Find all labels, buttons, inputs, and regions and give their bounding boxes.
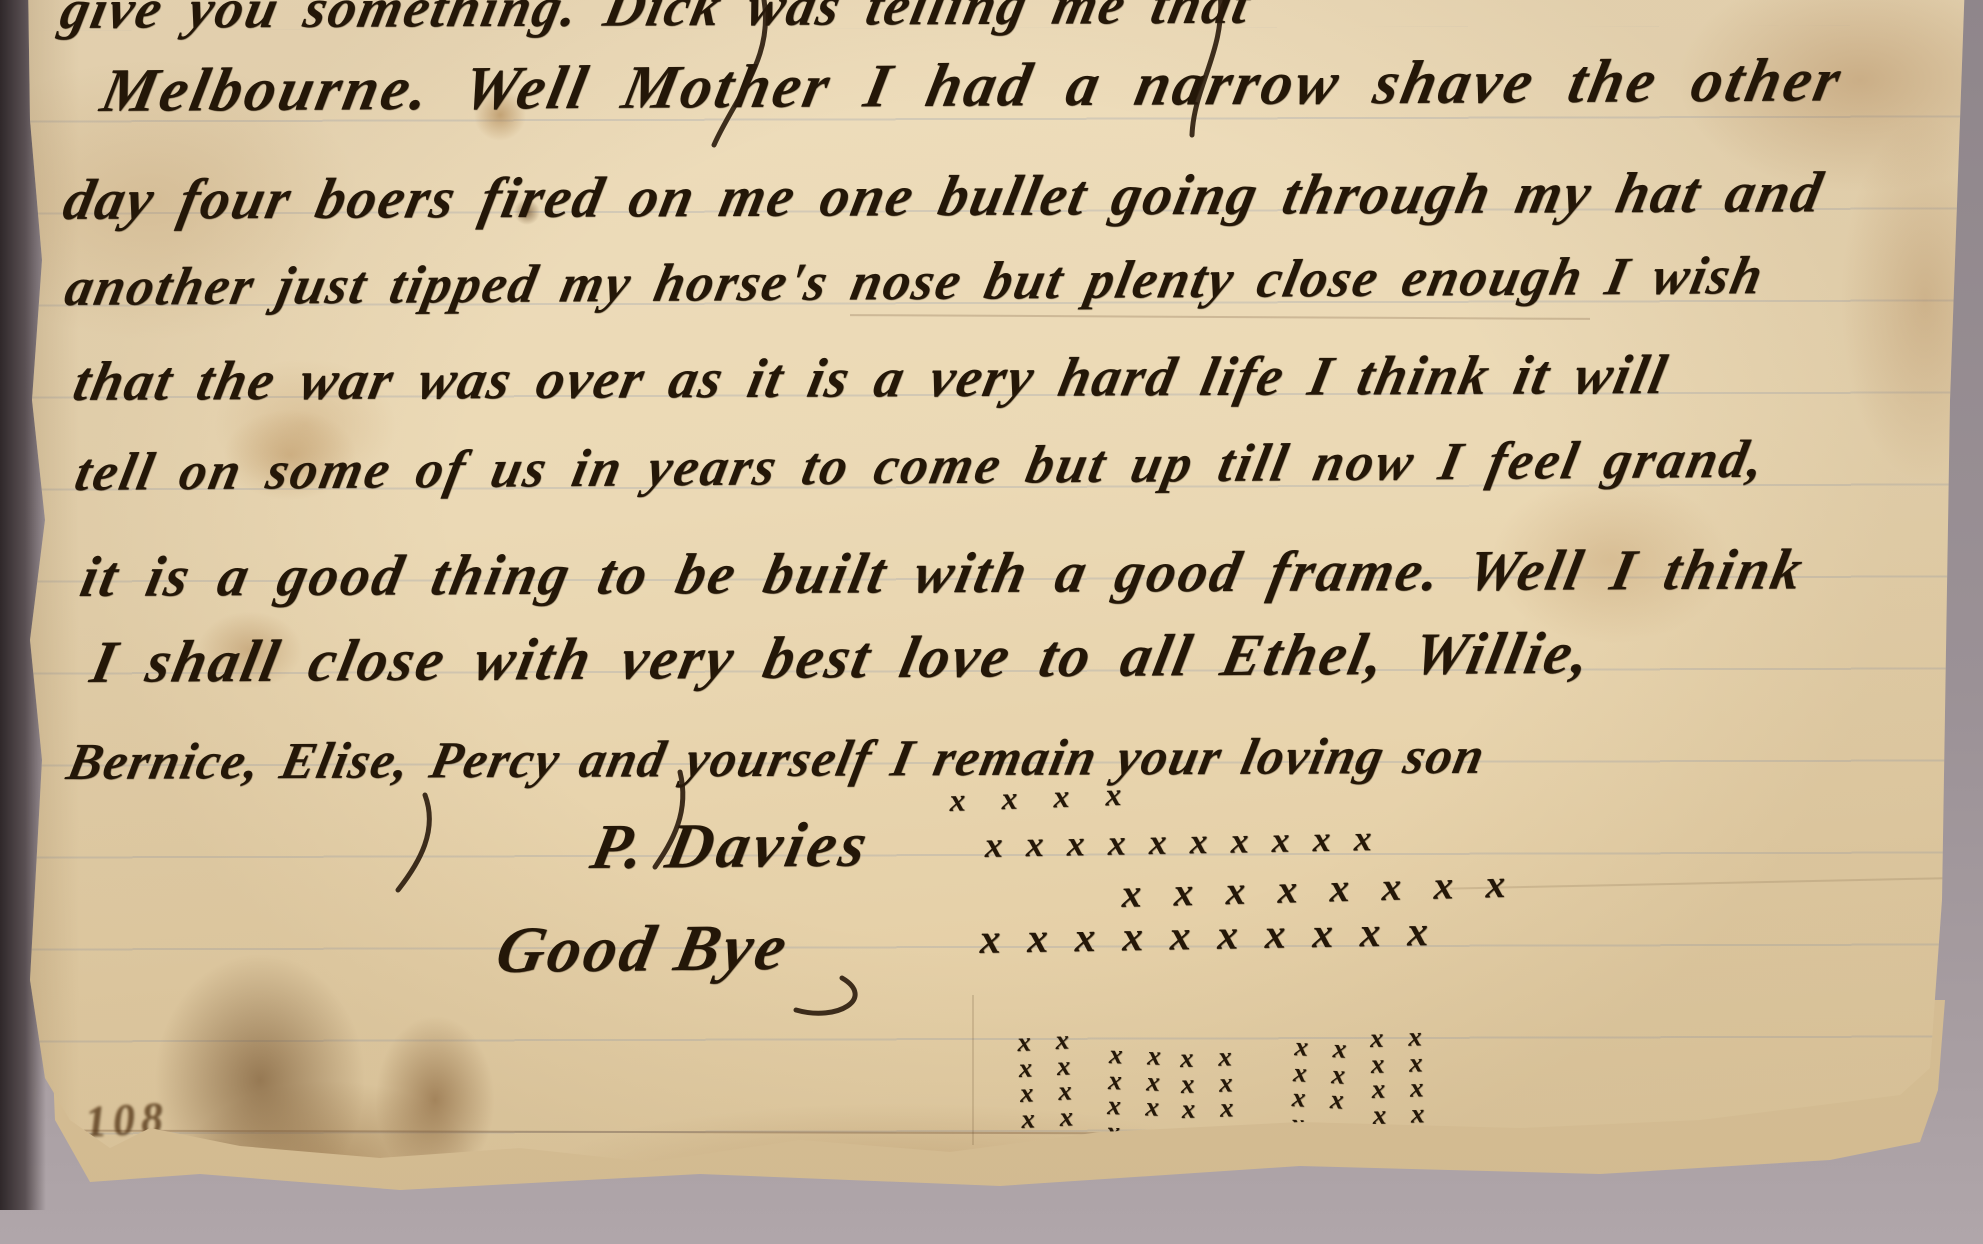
kisses-row: x x x x x x x x x x: [984, 817, 1372, 866]
signature: P. Davies: [585, 808, 877, 884]
letter-line: another just tipped my horse's nose but …: [60, 244, 1770, 318]
letter-line: Melbourne. Well Mother I had a narrow sh…: [95, 45, 1849, 127]
kisses-row: x x x x: [949, 776, 1122, 819]
kisses-cluster: x x x x x x x x: [1017, 1026, 1104, 1133]
closing-goodbye: Good Bye: [490, 910, 796, 989]
kisses-row: x x x x x x x x: [1121, 860, 1506, 917]
letter-line: that the war was over as it is a very ha…: [68, 343, 1674, 414]
letter-line: give you something. Dick was telling me …: [55, 0, 1257, 42]
letter-photograph: give you something. Dick was telling me …: [0, 0, 1983, 1244]
letter-line: Bernice, Elise, Percy and yourself I rem…: [62, 727, 1491, 792]
paper-crease: [972, 995, 974, 1145]
letter-line: day four boers fired on me one bullet go…: [58, 158, 1830, 233]
letter-paper: give you something. Dick was telling me …: [0, 0, 1983, 1244]
letter-line: it is a good thing to be built with a go…: [75, 535, 1811, 610]
letter-line: I shall close with very best love to all…: [85, 619, 1599, 697]
kisses-row: x x x x x x x x x x: [979, 908, 1428, 964]
